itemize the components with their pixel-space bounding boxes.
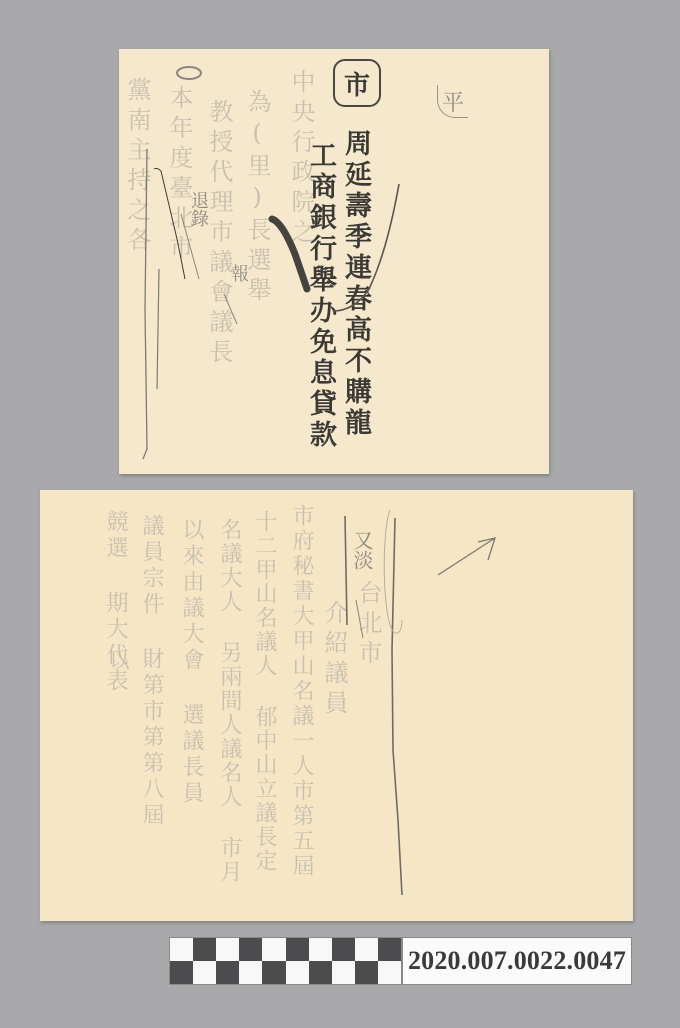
scale-cell [332,961,355,984]
scale-cell [216,961,239,984]
circled-mark-text: 市 [344,65,370,102]
catalog-number-label: 2020.007.0022.0047 [402,937,632,985]
scale-cell [170,961,193,984]
scale-cell [332,938,355,961]
scale-cell [193,961,216,984]
faint-pencil-column: 以 [108,650,128,676]
pencil-annotation-youdan: 又淡 [352,530,372,570]
scale-cell [262,938,285,961]
faint-pencil-column: 黨南主持之各 [125,77,149,257]
scale-cell [355,961,378,984]
bottom-manuscript-sheet: 台北市 介紹議員 市府秘書大甲山名議一人市第五屆 十二甲山名議人 郁中山立議長定… [40,490,633,921]
scale-cell [355,938,378,961]
scale-cell [262,961,285,984]
scale-cell [239,938,262,961]
faint-pencil-column: 台北市 [356,580,380,670]
faint-pencil-column: 以來由議大會 選議長員 [180,518,202,807]
top-manuscript-sheet: 黨南主持之各 本年度臺北市 教授代理市議會議長 為(里)長選舉 中央行政院之 退… [119,49,549,474]
scale-cell [286,961,309,984]
faint-pencil-column: 教授代理市議會議長 [207,99,231,369]
scale-cell [378,938,401,961]
catalog-number-text: 2020.007.0022.0047 [408,946,626,976]
corner-circled-mark: 平 [437,85,468,118]
faint-pencil-column: 市府秘書大甲山名議一人市第五屆 [290,504,312,879]
faint-pencil-column: 十二甲山名議人 郁中山立議長定 [253,510,275,873]
scale-cell [193,938,216,961]
faint-pencil-column: 名議大人 另兩間人議名人 市月 [218,518,240,884]
faint-pencil-column: 議員宗件 財第市第第八屆 [140,514,162,829]
arrow-mark [438,538,495,575]
scale-cell [239,961,262,984]
ink-column-right: 周延壽季連春高不購龍 [342,129,369,439]
scale-cell [378,961,401,984]
pencil-annotation-bao: 報 [229,264,247,282]
corner-mark-text: 平 [442,86,464,117]
scale-cell [170,938,193,961]
scale-cell [286,938,309,961]
circled-city-mark: 市 [333,59,381,107]
scale-cell [309,961,332,984]
ink-column-left: 工商銀行舉办免息貸款 [307,141,334,451]
faint-pencil-column: 介紹議員 [322,600,346,720]
checkerboard-scale [169,937,402,985]
faint-pencil-column: 本年度臺北市 [167,85,191,265]
scale-cell [309,938,332,961]
pencil-annotation-tuilu: 退錄 [189,191,207,227]
scale-cell [216,938,239,961]
